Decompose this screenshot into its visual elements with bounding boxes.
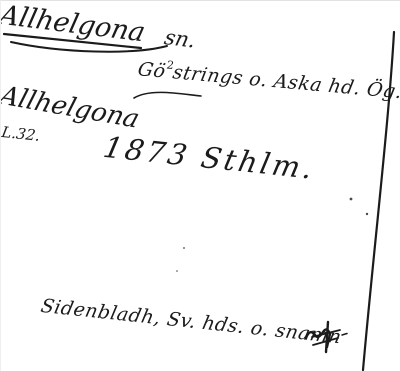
district-text-rest: strings o. Aska hd. Ög.: [171, 61, 400, 103]
handwritten-card: Allhelgona sn. Gö2strings o. Aska hd. Ög…: [0, 0, 400, 371]
ink-speck: [176, 270, 178, 272]
parish-type-abbr: sn.: [162, 25, 198, 52]
ink-speck: [350, 198, 353, 201]
ink-speck: [183, 247, 185, 249]
district-text-start: Gö: [136, 58, 168, 82]
shelf-code: L.32.: [0, 125, 41, 144]
abbreviation-flourish-dash: [342, 334, 347, 336]
district-line: Gö2strings o. Aska hd. Ög.2: [136, 59, 400, 103]
imprint-year-place: 1873 Sthlm.: [101, 133, 318, 184]
parish-name-heading: Allhelgona: [0, 0, 148, 48]
pen-flourish-stroke: [134, 92, 201, 98]
heading-line: Allhelgona sn.: [0, 2, 199, 53]
ink-speck: [366, 213, 368, 215]
source-reference: Sidenbladh, Sv. hds. o. snamn: [39, 297, 343, 347]
